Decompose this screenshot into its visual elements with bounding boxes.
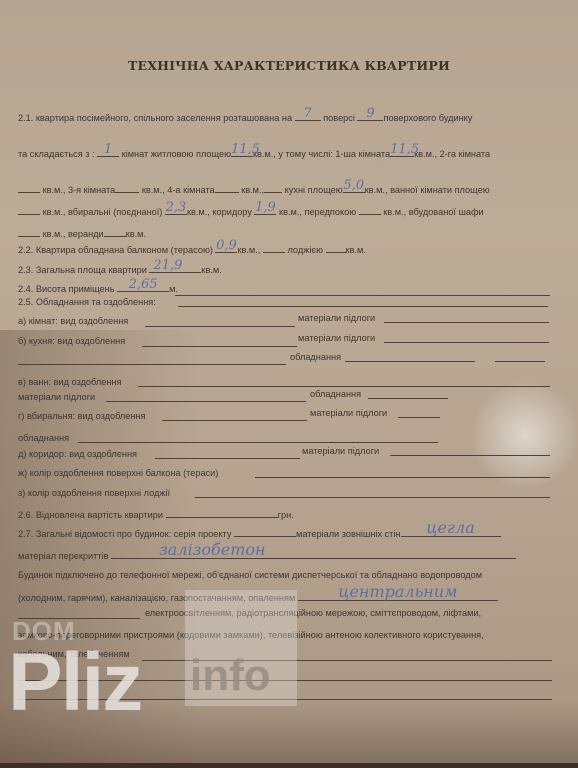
rule (175, 295, 550, 296)
total-floors-field: 9 (357, 110, 383, 121)
label: 2.3. Загальна площа квартири (18, 265, 147, 275)
height-field: 2,65 (117, 281, 169, 292)
label: грн. (278, 510, 294, 520)
bath-area-field (18, 204, 40, 215)
section-2-5-a: а) кімнат: вид оздоблення (18, 316, 128, 326)
rule (384, 342, 549, 343)
room4-area-field (215, 182, 239, 193)
rule (398, 417, 440, 418)
label: 2.4. Висота приміщень (18, 284, 115, 294)
label: в) ванн: вид оздоблення (18, 377, 122, 387)
rule (255, 477, 550, 478)
section-2-7: 2.7. Загальні відомості про будинок: сер… (18, 526, 501, 539)
rule (162, 420, 307, 421)
section-2-5-g: г) вбиральня: вид оздоблення (18, 411, 146, 421)
label: кв.м., коридору (187, 207, 252, 217)
paragraph-line-1: Будинок підключено до телефонної мережі,… (18, 570, 482, 580)
toilet-area-field: 2,3 (165, 204, 187, 215)
label: поверхового будинку (383, 113, 472, 123)
label-equipment: обладнання (290, 352, 341, 362)
rule (138, 386, 550, 387)
photo-glare (470, 380, 578, 490)
label-floor-materials: матеріали підлоги (298, 313, 375, 323)
label: м. (169, 284, 178, 294)
label: лоджією (287, 245, 323, 255)
label: кв.м., (241, 185, 264, 195)
label-floor-materials: матеріали підлоги (18, 392, 95, 402)
total-area-field: 21,9 (149, 262, 201, 273)
rule (195, 497, 550, 498)
label: кухні площею (285, 185, 343, 195)
section-2-1-line-2: та складається з : 1 кімнат житловою пло… (18, 146, 490, 159)
label-floor-materials: матеріали підлоги (302, 446, 379, 456)
label: б) кухня: вид оздоблення (18, 336, 125, 346)
rule (384, 322, 549, 323)
label: кв.м., у тому числі: 1-ша кімната (253, 149, 390, 159)
rule (345, 361, 475, 362)
label: поверсі (323, 113, 355, 123)
kitchen-area-field: 5,0 (343, 182, 365, 193)
label: кв.м. (201, 265, 221, 275)
page-edge (0, 763, 578, 768)
rule (142, 346, 297, 347)
hallway-area-field (359, 204, 381, 215)
label: кв.м. (126, 229, 146, 239)
project-series-field (234, 526, 296, 537)
section-2-4: 2.4. Висота приміщень 2,65м. (18, 281, 178, 294)
value-field (166, 507, 278, 518)
rule (155, 458, 300, 459)
room3-area-field (115, 182, 139, 193)
walls-field: цегла (401, 526, 501, 537)
label: кв.м., вбудованої шафи (383, 207, 483, 217)
label: 2.6. Відновлена вартість квартири (18, 510, 163, 520)
label: 2.1. квартира посімейного, спільного зас… (18, 113, 292, 123)
section-2-1-line-1: 2.1. квартира посімейного, спільного зас… (18, 110, 472, 123)
label-floor-materials: матеріали підлоги (298, 333, 375, 343)
section-2-1-line-3: кв.м., 3-я кімната кв.м., 4-а кімната кв… (18, 182, 490, 195)
rooms-field: 1 (97, 146, 119, 157)
veranda-area-field (104, 226, 126, 237)
label: та складається з : (18, 149, 95, 159)
floors-field: залізобетон (111, 548, 516, 559)
label: матеріал перекриттів (18, 551, 109, 561)
label: кв.м., передпокою (279, 207, 356, 217)
closet-area-field (18, 226, 40, 237)
section-2-5-zh: ж) колір оздоблення поверхні балкона (те… (18, 468, 218, 478)
rule (495, 361, 545, 362)
label: кв.м. (346, 245, 366, 255)
balcony-area-field: 0,9 (215, 242, 237, 253)
label: кв.м., вбиральні (поєднаної) (43, 207, 163, 217)
floors-material-row: матеріал перекриттів залізобетон (18, 548, 516, 561)
section-2-6: 2.6. Відновлена вартість квартири грн. (18, 507, 294, 520)
rule (390, 455, 550, 456)
watermark-logo: Pliz (8, 642, 141, 724)
section-2-1-line-5: кв.м., верандикв.м. (18, 226, 146, 239)
section-2-2: 2.2. Квартира обладнана балконом (терасо… (18, 242, 366, 255)
rule (368, 398, 448, 399)
rule (106, 401, 306, 402)
label: кв.м., веранди (43, 229, 104, 239)
section-2-5-b: б) кухня: вид оздоблення (18, 336, 125, 346)
label: кв.м., 2-га кімната (414, 149, 490, 159)
label: кімнат житловою площею (122, 149, 231, 159)
room1-area-field: 11,5 (390, 146, 414, 157)
label: г) вбиральня: вид оздоблення (18, 411, 146, 421)
label: матеріали зовнішніх стін (296, 529, 401, 539)
section-2-5: 2.5. Обладнання та оздоблення: (18, 297, 156, 307)
label-floor-materials: матеріали підлоги (310, 408, 387, 418)
document-title: ТЕХНІЧНА ХАРАКТЕРИСТИКА КВАРТИРИ (0, 58, 578, 73)
blank-field (263, 242, 285, 253)
section-2-1-line-4: кв.м., вбиральні (поєднаної) 2,3кв.м., к… (18, 204, 484, 217)
rule (18, 364, 286, 365)
label: д) коридор: вид оздоблення (18, 449, 137, 459)
label: кв.м., (237, 245, 260, 255)
rule (145, 326, 295, 327)
section-2-5-z: з) колір оздоблення поверхні лоджії (18, 488, 170, 498)
section-2-5-d: д) коридор: вид оздоблення (18, 449, 137, 459)
room2-area-field (18, 182, 40, 193)
label: 2.2. Квартира обладнана балконом (терасо… (18, 245, 213, 255)
floor-field: 7 (295, 110, 321, 121)
label: кв.м., 3-я кімната (43, 185, 116, 195)
loggia-area-field (326, 242, 346, 253)
label-equipment: обладнання (310, 389, 361, 399)
label: кв.м., 4-а кімната (142, 185, 215, 195)
living-area-field: 11,5 (231, 146, 253, 157)
watermark-info: info (190, 654, 271, 698)
rule (78, 442, 438, 443)
label: ж) колір оздоблення поверхні балкона (те… (18, 468, 218, 478)
label: 2.7. Загальні відомості про будинок: сер… (18, 529, 231, 539)
section-2-5-v: в) ванн: вид оздоблення (18, 377, 122, 387)
corridor-area-field: 1,9 (254, 204, 276, 215)
rule (178, 306, 548, 307)
label: з) колір оздоблення поверхні лоджії (18, 488, 170, 498)
label: кв.м., ванної кімнати площею (365, 185, 490, 195)
section-2-3: 2.3. Загальна площа квартири 21,9кв.м. (18, 262, 222, 275)
label-equipment: обладнання (18, 433, 69, 443)
label: а) кімнат: вид оздоблення (18, 316, 128, 326)
blank-field (264, 182, 282, 193)
label: 2.5. Обладнання та оздоблення: (18, 297, 156, 307)
heating-field: центральним (298, 590, 498, 601)
